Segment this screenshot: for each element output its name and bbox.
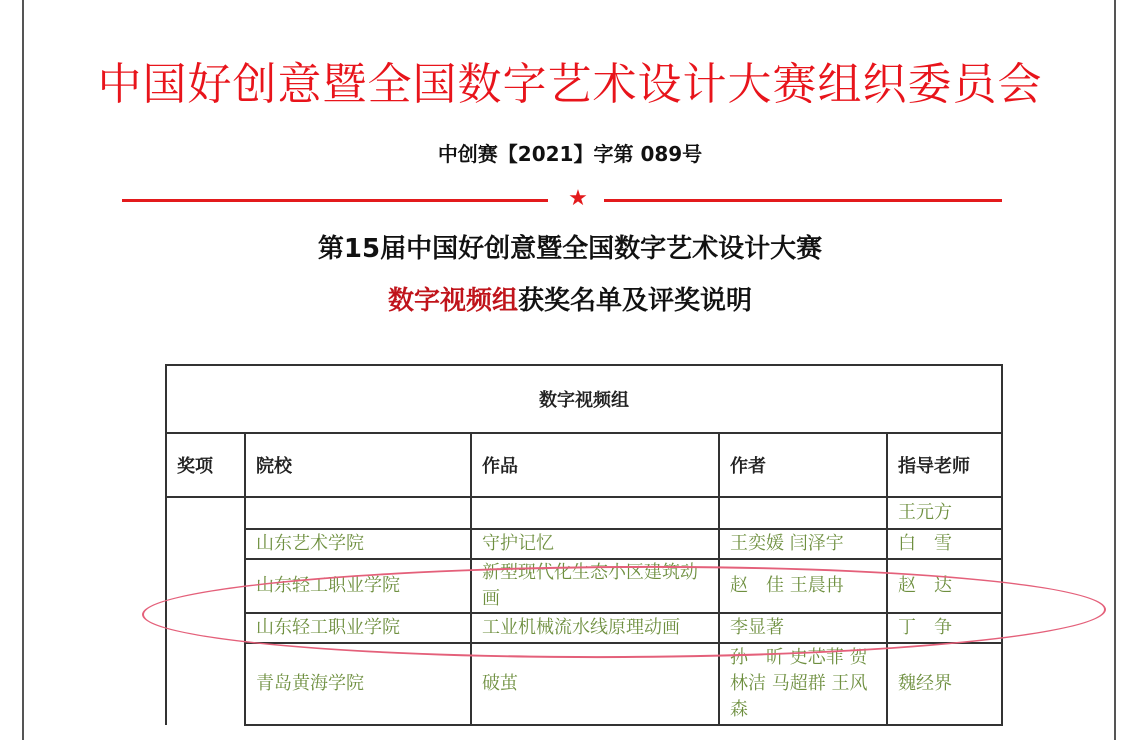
column-header-authors: 作者 [719,433,887,497]
list-title-rest: 获奖名单及评奖说明 [518,286,752,316]
column-header-work: 作品 [471,433,719,497]
list-title-group: 数字视频组 [388,286,518,316]
school-cell [245,497,471,529]
authors-cell [719,497,887,529]
advisor-cell: 赵 达 [887,559,1002,613]
work-cell: 破茧 [471,643,719,725]
table-row: 王元方 [166,497,1002,529]
table-group-title: 数字视频组 [166,365,1002,433]
authors-cell: 赵 佳 王晨冉 [719,559,887,613]
awards-table: 数字视频组 奖项 院校 作品 作者 指导老师 王元方 山东艺术学院 守护记忆 王… [165,364,1003,726]
school-cell: 山东轻工职业学院 [245,613,471,643]
competition-title: 第15届中国好创意暨全国数字艺术设计大赛 [0,228,1140,265]
table-header-row: 奖项 院校 作品 作者 指导老师 [166,433,1002,497]
red-divider-right [604,199,1002,202]
list-title: 数字视频组获奖名单及评奖说明 [0,280,1140,317]
authors-cell: 孙 昕 史芯菲 贺林洁 马超群 王风森 [719,643,887,725]
org-title: 中国好创意暨全国数字艺术设计大赛组织委员会 [0,48,1140,112]
authors-cell: 王奕媛 闫泽宇 [719,529,887,559]
column-header-school: 院校 [245,433,471,497]
advisor-cell: 丁 争 [887,613,1002,643]
work-cell: 新型现代化生态小区建筑动画 [471,559,719,613]
work-cell: 工业机械流水线原理动画 [471,613,719,643]
table-row: 山东轻工职业学院 工业机械流水线原理动画 李显著 丁 争 [166,613,1002,643]
table-row: 山东轻工职业学院 新型现代化生态小区建筑动画 赵 佳 王晨冉 赵 达 [166,559,1002,613]
advisor-cell: 王元方 [887,497,1002,529]
column-header-advisor: 指导老师 [887,433,1002,497]
advisor-cell: 白 雪 [887,529,1002,559]
school-cell: 青岛黄海学院 [245,643,471,725]
work-cell [471,497,719,529]
award-cell [166,497,245,725]
table-row: 山东艺术学院 守护记忆 王奕媛 闫泽宇 白 雪 [166,529,1002,559]
column-header-award: 奖项 [166,433,245,497]
school-cell: 山东轻工职业学院 [245,559,471,613]
star-icon: ★ [566,186,590,212]
school-cell: 山东艺术学院 [245,529,471,559]
red-divider-left [122,199,548,202]
table-row: 青岛黄海学院 破茧 孙 昕 史芯菲 贺林洁 马超群 王风森 魏经界 [166,643,1002,725]
work-cell: 守护记忆 [471,529,719,559]
doc-number: 中创赛【2021】字第 089号 [0,138,1140,167]
advisor-cell: 魏经界 [887,643,1002,725]
authors-cell: 李显著 [719,613,887,643]
